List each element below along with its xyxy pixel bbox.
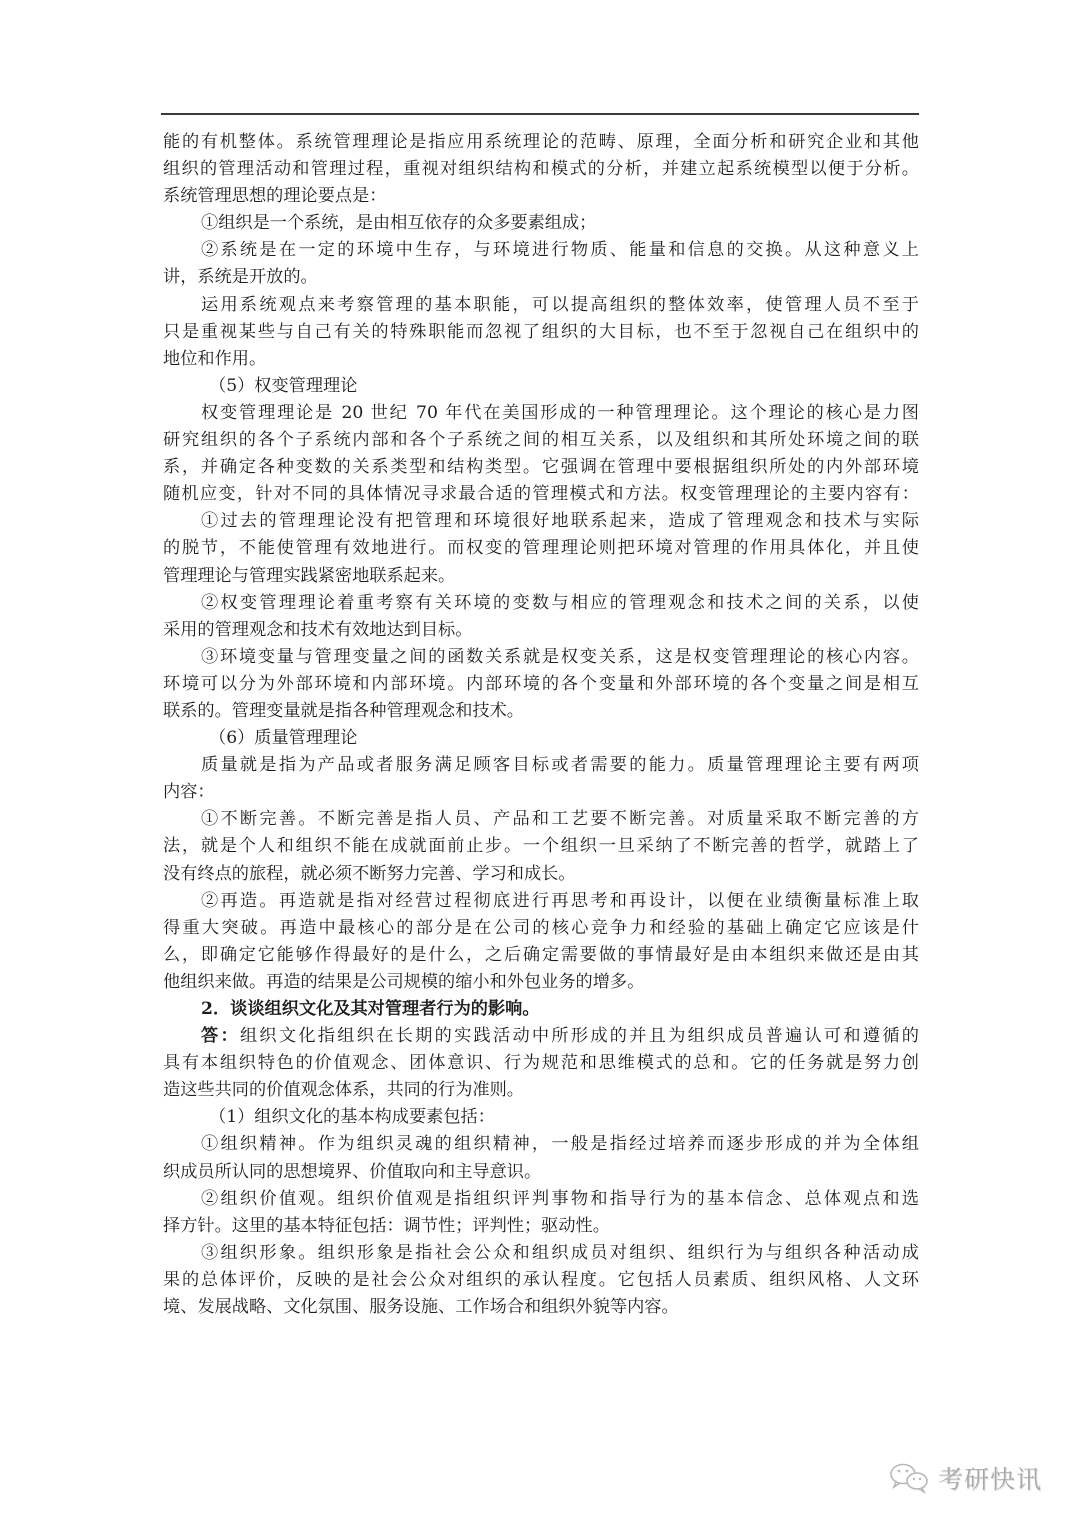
- text-line: 答：组织文化指组织在长期的实践活动中所形成的并且为组织成员普遍认可和遵循的: [163, 1023, 919, 1050]
- text-line: 联系的。管理变量就是指各种管理观念和技术。: [163, 698, 919, 725]
- paragraph: 运用系统观点来考察管理的基本职能，可以提高组织的整体效率，使管理人员不至于 只是…: [163, 292, 919, 373]
- section-heading-text: （6）质量管理理论: [163, 725, 919, 752]
- text-line: 运用系统观点来考察管理的基本职能，可以提高组织的整体效率，使管理人员不至于: [163, 292, 919, 319]
- text-line: 地位和作用。: [163, 346, 919, 373]
- text-line: 研究组织的各个子系统内部和各个子系统之间的相互关系，以及组织和其所处环境之间的联: [163, 427, 919, 454]
- paragraph: ③组织形象。组织形象是指社会公众和组织成员对组织、组织行为与组织各种活动成 果的…: [163, 1240, 919, 1321]
- question-text: 2．谈谈组织文化及其对管理者行为的影响。: [163, 996, 919, 1023]
- text-line: 么，即确定它能够作得最好的是什么，之后确定需要做的事情最好是由本组织来做还是由其: [163, 942, 919, 969]
- paragraph: 质量就是指为产品或者服务满足顾客目标或者需要的能力。质量管理理论主要有两项 内容…: [163, 752, 919, 806]
- text-line: 组织的管理活动和管理过程，重视对组织结构和模式的分析，并建立起系统模型以便于分析…: [163, 156, 919, 183]
- text-line: 采用的管理观念和技术有效地达到目标。: [163, 617, 919, 644]
- text-line: 果的总体评价，反映的是社会公众对组织的承认程度。它包括人员素质、组织风格、人文环: [163, 1267, 919, 1294]
- text-line: 质量就是指为产品或者服务满足顾客目标或者需要的能力。质量管理理论主要有两项: [163, 752, 919, 779]
- list-item-line: ①不断完善。不断完善是指人员、产品和工艺要不断完善。对质量采取不断完善的方: [163, 806, 919, 833]
- text-line: 得重大突破。再造中最核心的部分是在公司的核心竞争力和经验的基础上确定它应该是什: [163, 915, 919, 942]
- text-line: 只是重视某些与自己有关的特殊职能而忽视了组织的大目标，也不至于忽视自己在组织中的: [163, 319, 919, 346]
- paragraph: ①组织精神。作为组织灵魂的组织精神，一般是指经过培养而逐步形成的并为全体组 织成…: [163, 1131, 919, 1185]
- text-line: 的脱节，不能使管理有效地进行。而权变的管理理论则把环境对管理的作用具体化，并且使: [163, 535, 919, 562]
- list-item-line: ③环境变量与管理变量之间的函数关系就是权变关系，这是权变管理理论的核心内容。: [163, 644, 919, 671]
- wechat-icon: [888, 1462, 932, 1494]
- section-heading-text: （5）权变管理理论: [163, 373, 919, 400]
- answer-label: 答：: [201, 1026, 240, 1046]
- paragraph: 权变管理理论是 20 世纪 70 年代在美国形成的一种管理理论。这个理论的核心是…: [163, 400, 919, 508]
- text-line: 权变管理理论是 20 世纪 70 年代在美国形成的一种管理理论。这个理论的核心是…: [163, 400, 919, 427]
- watermark-text: 考研快讯: [938, 1460, 1042, 1496]
- paragraph: ②系统是在一定的环境中生存，与环境进行物质、能量和信息的交换。从这种意义上 讲，…: [163, 237, 919, 291]
- header-rule: [161, 113, 919, 115]
- paragraph: ②权变管理理论着重考察有关环境的变数与相应的管理观念和技术之间的关系，以使 采用…: [163, 590, 919, 644]
- paragraph: ②再造。再造就是指对经营过程彻底进行再思考和再设计，以便在业绩衡量标准上取 得重…: [163, 888, 919, 996]
- section-heading: （1）组织文化的基本构成要素包括：: [163, 1104, 919, 1131]
- text-line: 随机应变，针对不同的具体情况寻求最合适的管理模式和方法。权变管理理论的主要内容有…: [163, 481, 919, 508]
- list-item-line: ②组织价值观。组织价值观是指组织评判事物和指导行为的基本信念、总体观点和选: [163, 1186, 919, 1213]
- text-line: 具有本组织特色的价值观念、团体意识、行为规范和思维模式的总和。它的任务就是努力创: [163, 1050, 919, 1077]
- list-item-line: ②再造。再造就是指对经营过程彻底进行再思考和再设计，以便在业绩衡量标准上取: [163, 888, 919, 915]
- list-item-line: ③组织形象。组织形象是指社会公众和组织成员对组织、组织行为与组织各种活动成: [163, 1240, 919, 1267]
- text-line: 法，就是个人和组织不能在成就面前止步。一个组织一旦采纳了不断完善的哲学，就踏上了: [163, 833, 919, 860]
- paragraph: 能的有机整体。系统管理理论是指应用系统理论的范畴、原理，全面分析和研究企业和其他…: [163, 129, 919, 210]
- text-line: 造这些共同的价值观念体系，共同的行为准则。: [163, 1077, 919, 1104]
- answer-text: 组织文化指组织在长期的实践活动中所形成的并且为组织成员普遍认可和遵循的: [240, 1026, 919, 1046]
- text-line: 他组织来做。再造的结果是公司规模的缩小和外包业务的增多。: [163, 969, 919, 996]
- section-heading: （6）质量管理理论: [163, 725, 919, 752]
- paragraph: ①组织是一个系统，是由相互依存的众多要素组成；: [163, 210, 919, 237]
- watermark: 考研快讯: [888, 1460, 1042, 1496]
- list-item-line: ①过去的管理理论没有把管理和环境很好地联系起来，造成了管理观念和技术与实际: [163, 508, 919, 535]
- answer-paragraph: 答：组织文化指组织在长期的实践活动中所形成的并且为组织成员普遍认可和遵循的 具有…: [163, 1023, 919, 1104]
- list-item-line: ②权变管理理论着重考察有关环境的变数与相应的管理观念和技术之间的关系，以使: [163, 590, 919, 617]
- text-line: 系，并确定各种变数的关系类型和结构类型。它强调在管理中要根据组织所处的内外部环境: [163, 454, 919, 481]
- list-item-line: ①组织是一个系统，是由相互依存的众多要素组成；: [163, 210, 919, 237]
- text-line: 织成员所认同的思想境界、价值取向和主导意识。: [163, 1159, 919, 1186]
- text-line: 内容：: [163, 779, 919, 806]
- text-line: 境、发展战略、文化氛围、服务设施、工作场合和组织外貌等内容。: [163, 1294, 919, 1321]
- text-line: 能的有机整体。系统管理理论是指应用系统理论的范畴、原理，全面分析和研究企业和其他: [163, 129, 919, 156]
- section-heading-text: （1）组织文化的基本构成要素包括：: [163, 1104, 919, 1131]
- section-heading: （5）权变管理理论: [163, 373, 919, 400]
- paragraph: ①过去的管理理论没有把管理和环境很好地联系起来，造成了管理观念和技术与实际 的脱…: [163, 508, 919, 589]
- text-line: 管理理论与管理实践紧密地联系起来。: [163, 563, 919, 590]
- paragraph: ①不断完善。不断完善是指人员、产品和工艺要不断完善。对质量采取不断完善的方 法，…: [163, 806, 919, 887]
- paragraph: ②组织价值观。组织价值观是指组织评判事物和指导行为的基本信念、总体观点和选 择方…: [163, 1186, 919, 1240]
- list-item-line: ②系统是在一定的环境中生存，与环境进行物质、能量和信息的交换。从这种意义上: [163, 237, 919, 264]
- question-heading: 2．谈谈组织文化及其对管理者行为的影响。: [163, 996, 919, 1023]
- text-line: 系统管理思想的理论要点是：: [163, 183, 919, 210]
- text-line: 择方针。这里的基本特征包括：调节性；评判性；驱动性。: [163, 1213, 919, 1240]
- text-line: 环境可以分为外部环境和内部环境。内部环境的各个变量和外部环境的各个变量之间是相互: [163, 671, 919, 698]
- text-line: 没有终点的旅程，就必须不断努力完善、学习和成长。: [163, 861, 919, 888]
- document-body: 能的有机整体。系统管理理论是指应用系统理论的范畴、原理，全面分析和研究企业和其他…: [163, 129, 919, 1321]
- list-item-line: ①组织精神。作为组织灵魂的组织精神，一般是指经过培养而逐步形成的并为全体组: [163, 1131, 919, 1158]
- text-line: 讲，系统是开放的。: [163, 264, 919, 291]
- paragraph: ③环境变量与管理变量之间的函数关系就是权变关系，这是权变管理理论的核心内容。 环…: [163, 644, 919, 725]
